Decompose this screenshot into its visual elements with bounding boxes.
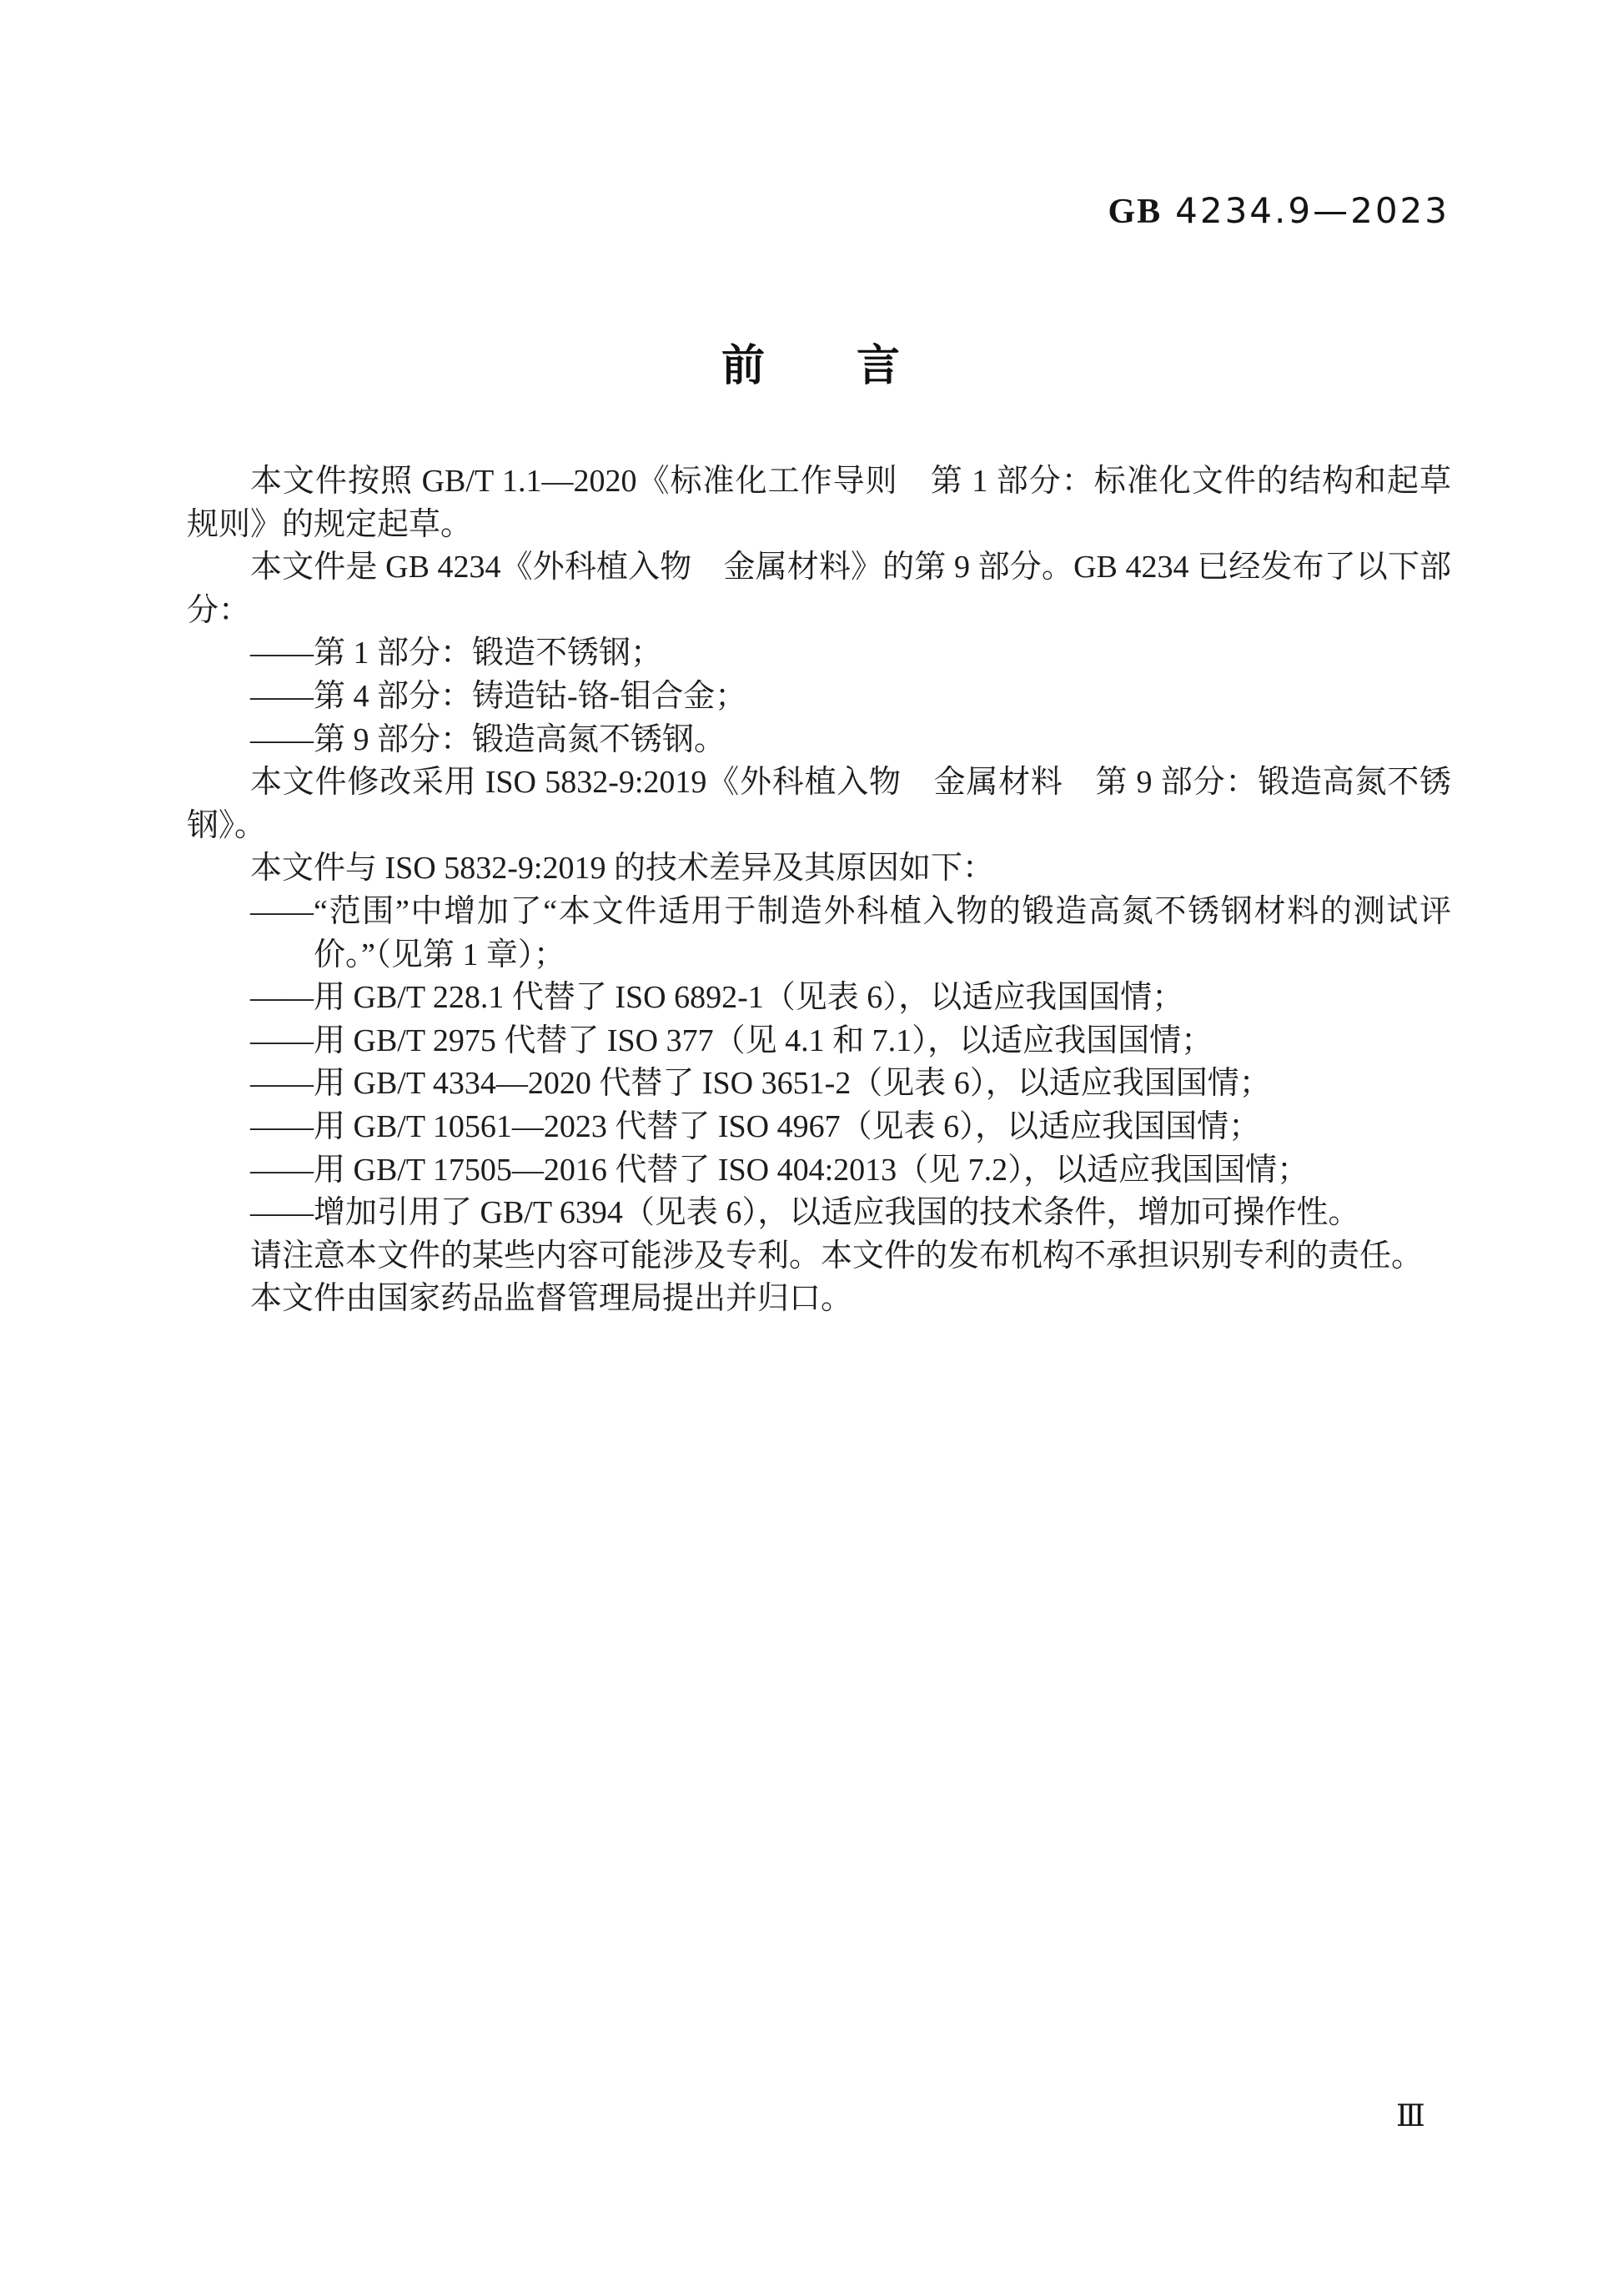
list-item-part-4: ——第 4 部分：铸造钴-铬-钼合金； xyxy=(187,676,1451,719)
list-item-gbt-228-1: ——用 GB/T 228.1 代替了 ISO 6892-1（见表 6），以适应我… xyxy=(187,977,1451,1020)
standard-code-prefix: GB xyxy=(1108,193,1162,231)
paragraph-series-intro: 本文件是 GB 4234《外科植入物 金属材料》的第 9 部分。GB 4234 … xyxy=(187,546,1451,632)
page-number: Ⅲ xyxy=(1396,2098,1425,2133)
list-item-gbt-17505: ——用 GB/T 17505—2016 代替了 ISO 404:2013（见 7… xyxy=(187,1149,1451,1193)
list-item-gbt-10561: ——用 GB/T 10561—2023 代替了 ISO 4967（见表 6），以… xyxy=(187,1106,1451,1149)
paragraph-patent-notice: 请注意本文件的某些内容可能涉及专利。本文件的发布机构不承担识别专利的责任。 xyxy=(187,1235,1451,1279)
paragraph-drafting-rules: 本文件按照 GB/T 1.1—2020《标准化工作导则 第 1 部分：标准化文件… xyxy=(187,460,1451,546)
document-page: GB4234.9—2023 前 言 本文件按照 GB/T 1.1—2020《标准… xyxy=(0,0,1623,2296)
list-item-part-9: ——第 9 部分：锻造高氮不锈钢。 xyxy=(187,719,1451,762)
list-item-gbt-4334: ——用 GB/T 4334—2020 代替了 ISO 3651-2（见表 6），… xyxy=(187,1063,1451,1106)
page-title: 前 言 xyxy=(0,330,1623,393)
list-item-part-1: ——第 1 部分：锻造不锈钢； xyxy=(187,632,1451,676)
paragraph-iso-adoption: 本文件修改采用 ISO 5832-9:2019《外科植入物 金属材料 第 9 部… xyxy=(187,761,1451,847)
foreword-body: 本文件按照 GB/T 1.1—2020《标准化工作导则 第 1 部分：标准化文件… xyxy=(187,460,1451,1321)
standard-code-number: 4234.9—2023 xyxy=(1175,190,1450,231)
paragraph-issuing-body: 本文件由国家药品监督管理局提出并归口。 xyxy=(187,1278,1451,1321)
standard-code: GB4234.9—2023 xyxy=(1108,190,1450,232)
list-item-scope-addition: ——“范围”中增加了“本文件适用于制造外科植入物的锻造高氮不锈钢材料的测试评价。… xyxy=(187,891,1451,977)
paragraph-differences-intro: 本文件与 ISO 5832-9:2019 的技术差异及其原因如下： xyxy=(187,847,1451,891)
list-item-gbt-2975: ——用 GB/T 2975 代替了 ISO 377（见 4.1 和 7.1），以… xyxy=(187,1020,1451,1063)
list-item-gbt-6394: ——增加引用了 GB/T 6394（见表 6），以适应我国的技术条件，增加可操作… xyxy=(187,1192,1451,1235)
